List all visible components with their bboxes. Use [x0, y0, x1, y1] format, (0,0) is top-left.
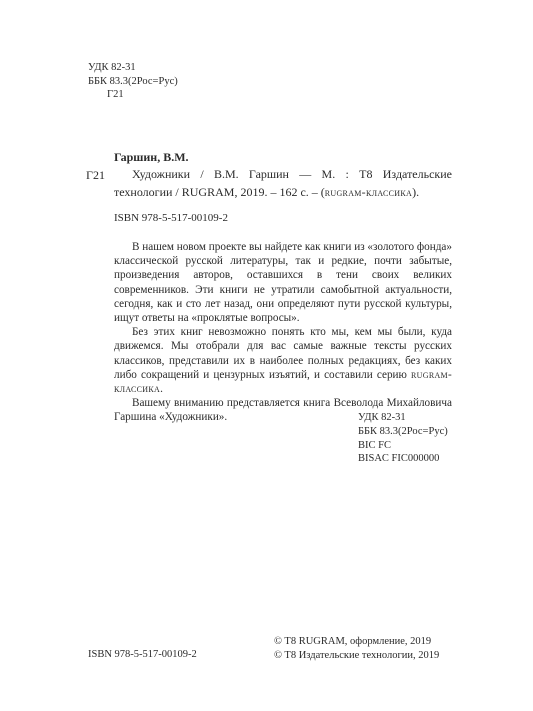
bib-author-mark: Г21: [86, 168, 105, 183]
header-classification-codes: УДК 82-31 ББК 83.3(2Рос=Рус) Г21: [88, 61, 178, 102]
bibliographic-description: Художники / В.М. Гаршин — М. : T8 Издате…: [114, 166, 452, 201]
isbn-top: ISBN 978-5-517-00109-2: [114, 212, 228, 224]
series-name: rugram-классика: [325, 185, 412, 199]
udk-code: УДК 82-31: [88, 61, 178, 75]
udk-code-right: УДК 82-31: [358, 411, 448, 425]
copyright-line-1: © T8 RUGRAM, оформление, 2019: [274, 635, 439, 649]
bbk-code: ББК 83.3(2Рос=Рус): [88, 75, 178, 89]
annotation-paragraph-1: В нашем новом проекте вы найдете как кни…: [114, 240, 452, 325]
bib-line-2: технологии / RUGRAM, 2019. – 162 с. – (r…: [114, 184, 452, 202]
bic-code: BIC FC: [358, 439, 448, 453]
copyright-block: © T8 RUGRAM, оформление, 2019 © T8 Издат…: [274, 635, 439, 663]
author-name: Гаршин, В.М.: [114, 150, 189, 165]
author-mark: Г21: [88, 88, 178, 102]
copyright-line-2: © T8 Издательские технологии, 2019: [274, 649, 439, 663]
bbk-code-right: ББК 83.3(2Рос=Рус): [358, 425, 448, 439]
bib-line-1: Художники / В.М. Гаршин — М. : T8 Издате…: [114, 166, 452, 184]
annotation-paragraph-2: Без этих книг невозможно понять кто мы, …: [114, 325, 452, 396]
classification-codes: УДК 82-31 ББК 83.3(2Рос=Рус) BIC FC BISA…: [358, 411, 448, 466]
bisac-code: BISAC FIC000000: [358, 452, 448, 466]
isbn-bottom: ISBN 978-5-517-00109-2: [88, 649, 197, 660]
annotation: В нашем новом проекте вы найдете как кни…: [114, 240, 452, 425]
